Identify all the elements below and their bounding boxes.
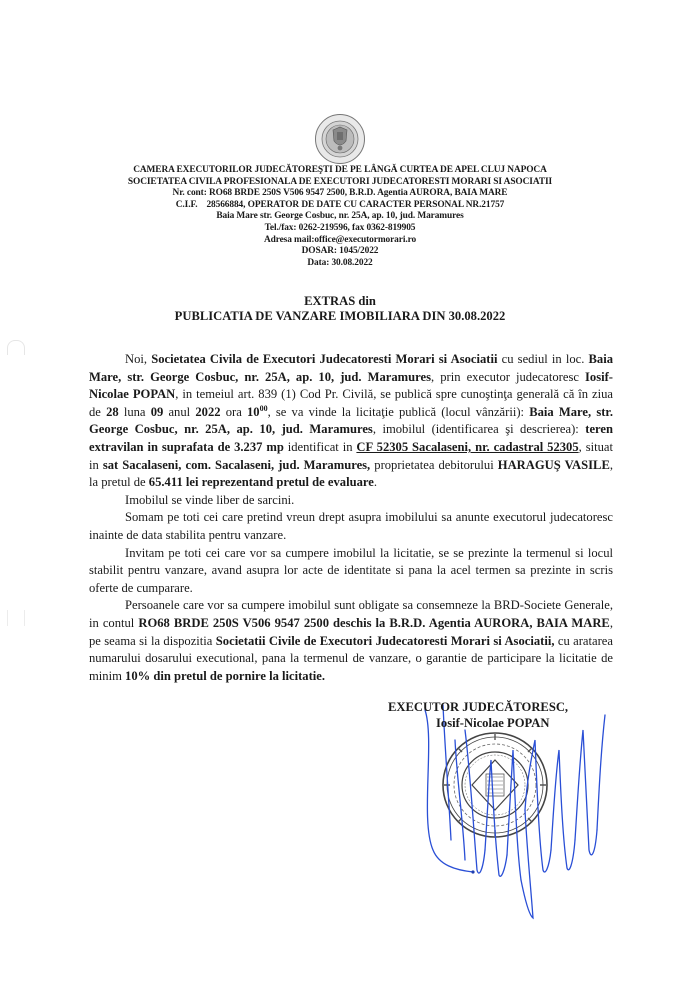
letterhead-line: SOCIETATEA CIVILA PROFESIONALA DE EXECUT…	[80, 177, 600, 189]
case-number: DOSAR: 1045/2022	[80, 246, 600, 258]
letterhead-line: Baia Mare str. George Cosbuc, nr. 25A, a…	[80, 211, 600, 223]
paragraph-invitation: Invitam pe toti cei care vor sa cumpere …	[89, 545, 613, 598]
paragraph-sale-announcement: Noi, Societatea Civila de Executori Jude…	[89, 351, 613, 492]
signature-block: EXECUTOR JUDECĂTORESC, Iosif-Nicolae POP…	[388, 700, 628, 731]
paragraph-free-of-charges: Imobilul se vinde liber de sarcini.	[89, 492, 613, 510]
romanian-coat-of-arms-seal-icon	[314, 113, 366, 165]
scan-margin-mark	[7, 610, 25, 626]
letterhead-line: Nr. cont: RO68 BRDE 250S V506 9547 2500,…	[80, 188, 600, 200]
title-line-2: PUBLICATIA DE VANZARE IMOBILIARA DIN 30.…	[80, 309, 600, 324]
letterhead-line: C.I.F. 28566884, OPERATOR DE DATE CU CAR…	[80, 200, 600, 212]
paragraph-summons: Somam pe toti cei care pretind vreun dre…	[89, 509, 613, 544]
handwritten-signature-icon	[415, 700, 615, 920]
letterhead: CAMERA EXECUTORILOR JUDECĂTOREŞTI DE PE …	[80, 165, 600, 269]
document-body: Noi, Societatea Civila de Executori Jude…	[89, 351, 613, 685]
signatory-name: Iosif-Nicolae POPAN	[388, 716, 628, 732]
document-title: EXTRAS din PUBLICATIA DE VANZARE IMOBILI…	[80, 294, 600, 324]
document-page: CAMERA EXECUTORILOR JUDECĂTOREŞTI DE PE …	[0, 0, 680, 1000]
document-date: Data: 30.08.2022	[80, 258, 600, 270]
title-line-1: EXTRAS din	[80, 294, 600, 309]
signatory-title: EXECUTOR JUDECĂTORESC,	[388, 700, 628, 716]
letterhead-line: Adresa mail:office@executormorari.ro	[80, 235, 600, 247]
paragraph-guarantee: Persoanele care vor sa cumpere imobilul …	[89, 597, 613, 685]
scan-margin-mark	[7, 340, 25, 355]
letterhead-line: Tel./fax: 0262-219596, fax 0362-819905	[80, 223, 600, 235]
letterhead-line: CAMERA EXECUTORILOR JUDECĂTOREŞTI DE PE …	[80, 165, 600, 177]
